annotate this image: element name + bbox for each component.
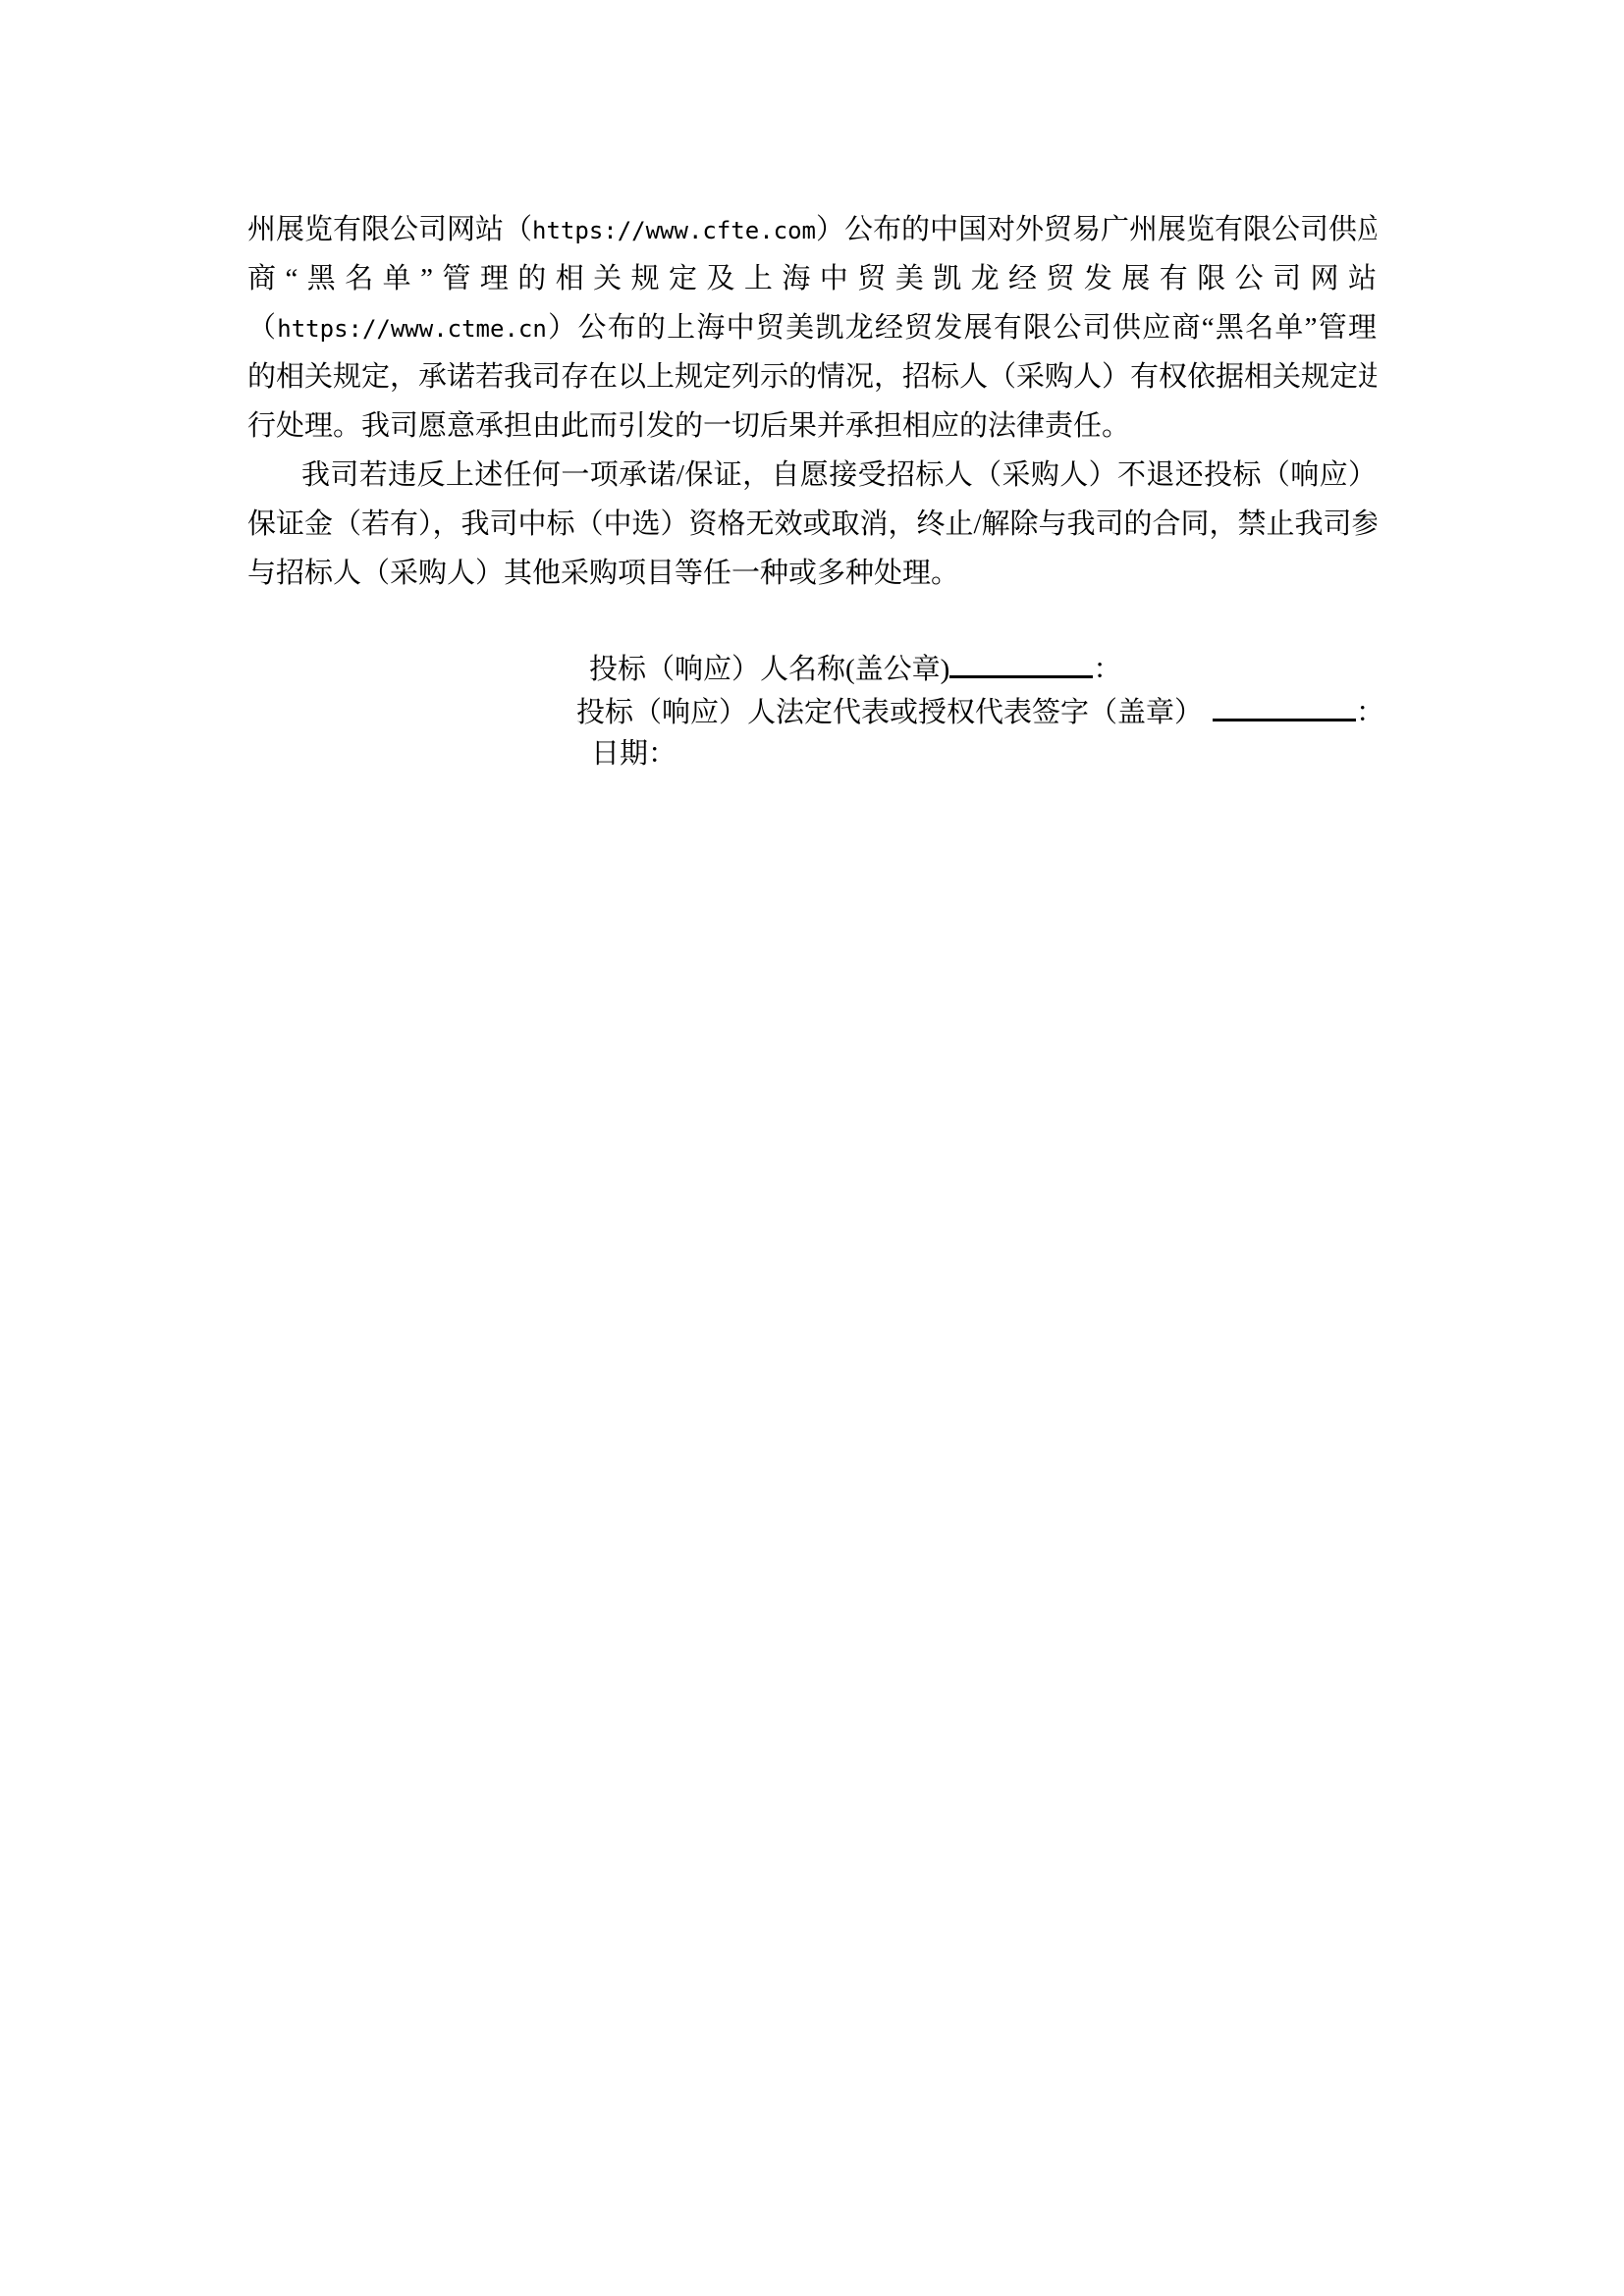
body-line-1-post: ）公布的中国对外贸易广州展览有限公司供应 xyxy=(816,214,1377,245)
representative-signature-row: 投标（响应）人法定代表或授权代表签字（盖章）： xyxy=(247,689,1377,732)
representative-signature-label: 投标（响应）人法定代表或授权代表签字（盖章） xyxy=(576,697,1203,728)
body-line-2: 商“黑名单”管理的相关规定及上海中贸美凯龙经贸发展有限公司网站 xyxy=(247,254,1377,303)
body-line-3: （https://www.ctme.cn）公布的上海中贸美凯龙经贸发展有限公司供… xyxy=(247,303,1377,352)
representative-signature-blank-line[interactable] xyxy=(1213,689,1356,721)
body-line-7: 保证金（若有），我司中标（中选）资格无效或取消，终止/解除与我司的合同，禁止我司… xyxy=(247,500,1377,549)
body-text-block: 州展览有限公司网站（https://www.cfte.com）公布的中国对外贸易… xyxy=(247,205,1377,598)
signature-block: 投标（响应）人名称(盖公章)： 投标（响应）人法定代表或授权代表签字（盖章）： … xyxy=(247,646,1377,775)
bidder-name-label: 投标（响应）人名称(盖公章) xyxy=(589,654,949,685)
date-row: 日期： xyxy=(247,732,1377,775)
body-line-1: 州展览有限公司网站（https://www.cfte.com）公布的中国对外贸易… xyxy=(247,205,1377,254)
bidder-name-row: 投标（响应）人名称(盖公章)： xyxy=(247,646,1377,689)
body-line-5: 行处理。我司愿意承担由此而引发的一切后果并承担相应的法律责任。 xyxy=(247,401,1377,451)
body-line-4: 的相关规定，承诺若我司存在以上规定列示的情况，招标人（采购人）有权依据相关规定进 xyxy=(247,352,1377,401)
body-line-8: 与招标人（采购人）其他采购项目等任一种或多种处理。 xyxy=(247,549,1377,598)
bidder-name-blank-line[interactable] xyxy=(949,646,1093,678)
representative-signature-colon: ： xyxy=(1356,697,1384,728)
bidder-name-colon: ： xyxy=(1093,654,1121,685)
document-page: 州展览有限公司网站（https://www.cfte.com）公布的中国对外贸易… xyxy=(0,0,1624,2296)
ctme-url: https://www.ctme.cn xyxy=(277,315,547,343)
date-label: 日期： xyxy=(591,738,677,770)
cfte-url: https://www.cfte.com xyxy=(532,217,816,244)
body-line-3-pre: （ xyxy=(247,312,277,344)
body-line-6: 我司若违反上述任何一项承诺/保证，自愿接受招标人（采购人）不退还投标（响应） xyxy=(247,451,1377,500)
body-line-3-post: ）公布的上海中贸美凯龙经贸发展有限公司供应商“黑名单”管理 xyxy=(547,312,1377,344)
body-line-1-pre: 州展览有限公司网站（ xyxy=(247,214,532,245)
